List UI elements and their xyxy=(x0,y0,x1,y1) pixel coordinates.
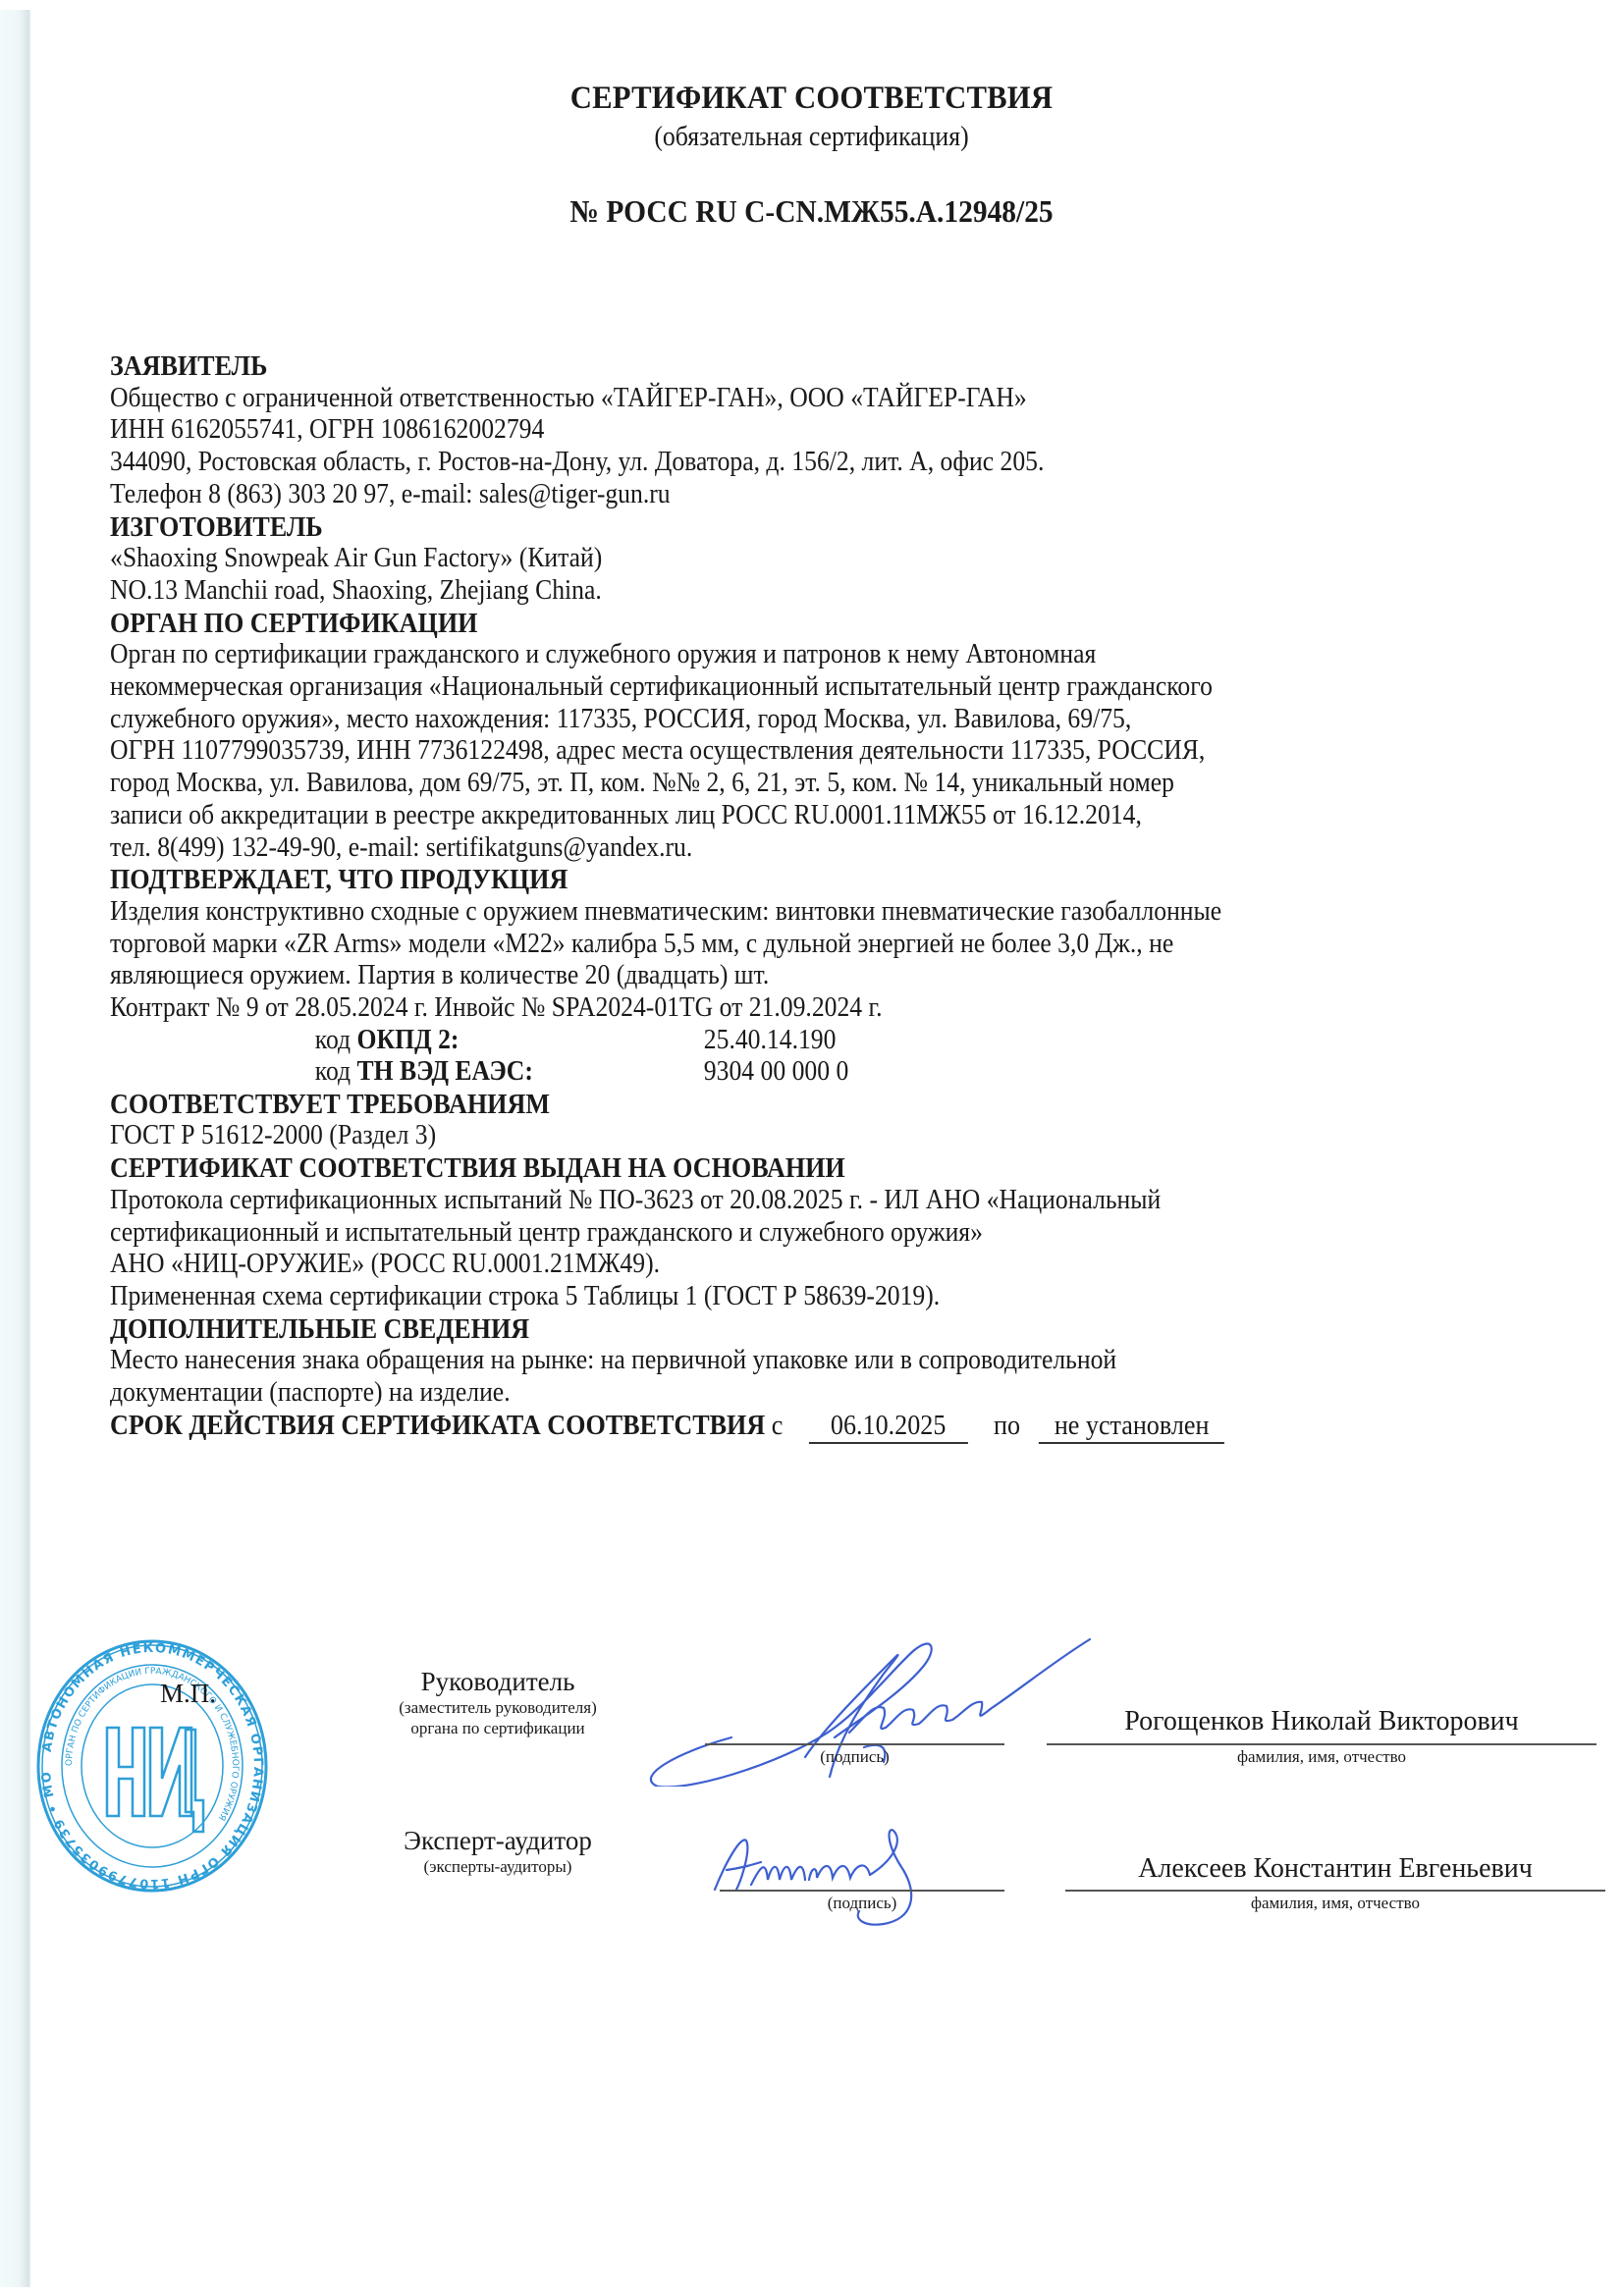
basis-line: Протокола сертификационных испытаний № П… xyxy=(110,1185,1418,1217)
head-role-sub: органа по сертификации xyxy=(375,1718,621,1738)
product-codes: код ОКПД 2: 25.40.14.190 код ТН ВЭД ЕАЭС… xyxy=(110,1025,1563,1089)
requirements-line: ГОСТ Р 51612-2000 (Раздел 3) xyxy=(110,1120,1418,1152)
official-stamp: АВТОНОМНАЯ НЕКОММЕРЧЕСКАЯ ОРГАНИЗАЦИЯ ОГ… xyxy=(36,1639,268,1893)
head-signature-line xyxy=(705,1743,1004,1745)
expert-signature-caption: (подпись) xyxy=(720,1894,1004,1913)
applicant-heading: ЗАЯВИТЕЛЬ xyxy=(110,350,1418,383)
head-role: Руководитель xyxy=(375,1667,621,1697)
manufacturer-section: ИЗГОТОВИТЕЛЬ «Shaoxing Snowpeak Air Gun … xyxy=(110,511,1563,608)
document-subtitle: (обязательная сертификация) xyxy=(65,122,1558,153)
head-role-sub: (заместитель руководителя) xyxy=(375,1697,621,1718)
code-prefix: код xyxy=(315,1056,357,1087)
basis-line: АНО «НИЦ-ОРУЖИЕ» (РОСС RU.0001.21МЖ49). xyxy=(110,1249,1418,1281)
product-section: ПОДТВЕРЖДАЕТ, ЧТО ПРОДУКЦИЯ Изделия конс… xyxy=(110,864,1563,1089)
validity-to-word: по xyxy=(994,1410,1020,1441)
product-line: являющиеся оружием. Партия в количестве … xyxy=(110,960,1418,992)
expert-name-caption: фамилия, имя, отчество xyxy=(1065,1894,1605,1913)
certification-body-line: записи об аккредитации в реестре аккреди… xyxy=(110,800,1418,832)
basis-heading: СЕРТИФИКАТ СООТВЕТСТВИЯ ВЫДАН НА ОСНОВАН… xyxy=(110,1152,1418,1185)
stamp-place-mark: М.П. xyxy=(160,1679,216,1709)
applicant-line: 344090, Ростовская область, г. Ростов-на… xyxy=(110,447,1418,479)
expert-name: Алексеев Константин Евгеньевич xyxy=(1065,1853,1605,1885)
head-signature-caption: (подпись) xyxy=(705,1747,1004,1767)
applicant-line: Телефон 8 (863) 303 20 97, e-mail: sales… xyxy=(110,479,1418,511)
product-line: Изделия конструктивно сходные с оружием … xyxy=(110,896,1418,929)
scan-edge-shadow xyxy=(0,10,31,2287)
certification-body-line: тел. 8(499) 132-49-90, e-mail: sertifika… xyxy=(110,832,1418,865)
validity-from-date: 06.10.2025 xyxy=(809,1410,968,1444)
basis-line: сертификационный и испытательный центр г… xyxy=(110,1217,1418,1250)
certificate-number: № РОСС RU С-CN.МЖ55.А.12948/25 xyxy=(65,193,1558,230)
manufacturer-line: NO.13 Manchii road, Shaoxing, Zhejiang C… xyxy=(110,575,1418,608)
certification-body-line: Орган по сертификации гражданского и слу… xyxy=(110,639,1418,671)
product-heading: ПОДТВЕРЖДАЕТ, ЧТО ПРОДУКЦИЯ xyxy=(110,864,1418,896)
head-name: Рогощенков Николай Викторович xyxy=(1047,1706,1596,1737)
certification-body-line: некоммерческая организация «Национальный… xyxy=(110,671,1418,704)
code-label: ТН ВЭД ЕАЭС: xyxy=(357,1056,533,1087)
expert-role-sub: (эксперты-аудиторы) xyxy=(375,1856,621,1877)
additional-heading: ДОПОЛНИТЕЛЬНЫЕ СВЕДЕНИЯ xyxy=(110,1313,1418,1346)
applicant-line: ИНН 6162055741, ОГРН 1086162002794 xyxy=(110,414,1418,447)
requirements-section: СООТВЕТСТВУЕТ ТРЕБОВАНИЯМ ГОСТ Р 51612-2… xyxy=(110,1089,1563,1152)
applicant-section: ЗАЯВИТЕЛЬ Общество с ограниченной ответс… xyxy=(110,350,1563,511)
expert-name-line xyxy=(1065,1890,1605,1892)
product-line: торговой марки «ZR Arms» модели «М22» ка… xyxy=(110,929,1418,961)
manufacturer-heading: ИЗГОТОВИТЕЛЬ xyxy=(110,511,1418,544)
applicant-line: Общество с ограниченной ответственностью… xyxy=(110,383,1418,415)
validity-from-word: с xyxy=(772,1410,784,1441)
additional-section: ДОПОЛНИТЕЛЬНЫЕ СВЕДЕНИЯ Место нанесения … xyxy=(110,1313,1563,1410)
expert-role-block: Эксперт-аудитор (эксперты-аудиторы) xyxy=(375,1826,621,1877)
validity-to-date: не установлен xyxy=(1039,1410,1224,1444)
head-name-line xyxy=(1047,1743,1596,1745)
product-line: Контракт № 9 от 28.05.2024 г. Инвойс № S… xyxy=(110,992,1418,1025)
code-value: 25.40.14.190 xyxy=(704,1025,837,1056)
certificate-body: ЗАЯВИТЕЛЬ Общество с ограниченной ответс… xyxy=(110,350,1563,1444)
head-role-block: Руководитель (заместитель руководителя) … xyxy=(375,1667,621,1738)
additional-line: документации (паспорте) на изделие. xyxy=(110,1377,1418,1410)
code-value: 9304 00 000 0 xyxy=(704,1056,848,1088)
certification-body-section: ОРГАН ПО СЕРТИФИКАЦИИ Орган по сертифика… xyxy=(110,608,1563,865)
certification-body-line: ОГРН 1107799035739, ИНН 7736122498, адре… xyxy=(110,735,1418,768)
document-title: СЕРТИФИКАТ СООТВЕТСТВИЯ xyxy=(57,80,1566,117)
validity-row: СРОК ДЕЙСТВИЯ СЕРТИФИКАТА СООТВЕТСТВИЯ с… xyxy=(110,1410,1418,1444)
basis-section: СЕРТИФИКАТ СООТВЕТСТВИЯ ВЫДАН НА ОСНОВАН… xyxy=(110,1152,1563,1313)
certification-body-line: город Москва, ул. Вавилова, дом 69/75, э… xyxy=(110,768,1418,800)
additional-line: Место нанесения знака обращения на рынке… xyxy=(110,1345,1418,1377)
certification-body-heading: ОРГАН ПО СЕРТИФИКАЦИИ xyxy=(110,608,1418,640)
manufacturer-line: «Shaoxing Snowpeak Air Gun Factory» (Кит… xyxy=(110,543,1418,575)
basis-line: Примененная схема сертификации строка 5 … xyxy=(110,1281,1418,1313)
requirements-heading: СООТВЕТСТВУЕТ ТРЕБОВАНИЯМ xyxy=(110,1089,1418,1121)
validity-label: СРОК ДЕЙСТВИЯ СЕРТИФИКАТА СООТВЕТСТВИЯ xyxy=(110,1410,765,1441)
certification-body-line: служебного оружия», место нахождения: 11… xyxy=(110,704,1418,736)
code-prefix: код xyxy=(315,1025,357,1055)
expert-signature-line xyxy=(720,1890,1004,1892)
expert-role: Эксперт-аудитор xyxy=(375,1826,621,1856)
head-name-caption: фамилия, имя, отчество xyxy=(1047,1747,1596,1767)
code-label: ОКПД 2: xyxy=(357,1025,460,1055)
